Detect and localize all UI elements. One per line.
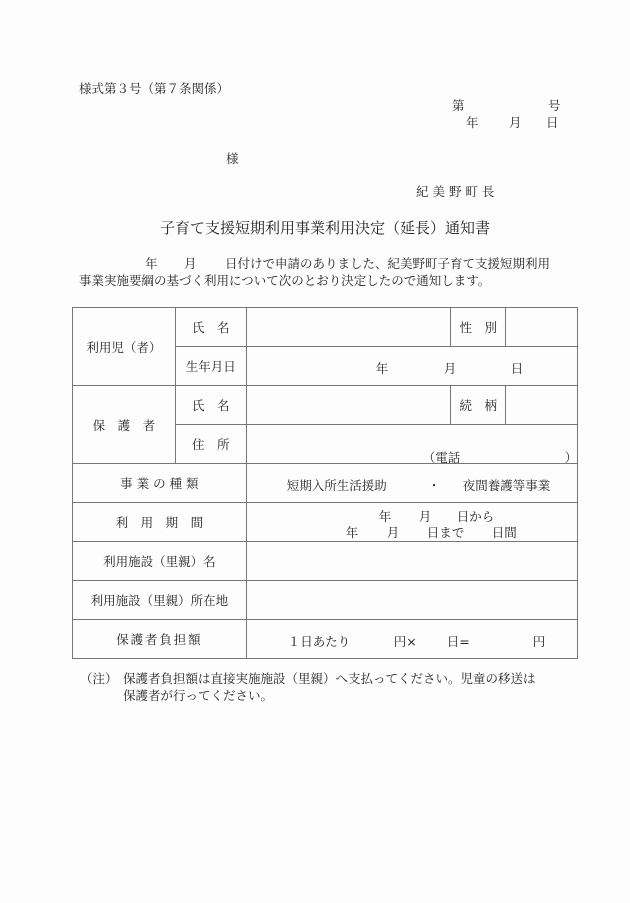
facility-location-label: 利用施設（里親）所在地 bbox=[73, 581, 247, 620]
facility-location-field[interactable] bbox=[246, 581, 577, 620]
guardian-name-label: 氏 名 bbox=[175, 386, 246, 425]
business-type-option-night-care[interactable]: 夜間養護等事業 bbox=[463, 476, 551, 494]
child-sex-label: 性 別 bbox=[451, 308, 506, 347]
period-to-month: 月 bbox=[387, 523, 400, 541]
doc-number-prefix: 第 bbox=[452, 96, 465, 114]
period-label: 利 用 期 間 bbox=[73, 503, 247, 542]
date-month: 月 bbox=[509, 113, 522, 131]
guardian-relation-label: 続 柄 bbox=[451, 386, 506, 425]
form-number: 様式第３号（第７条関係） bbox=[79, 79, 229, 97]
intro-year: 年 bbox=[145, 254, 158, 272]
child-name-field[interactable] bbox=[246, 308, 451, 347]
facility-name-field[interactable] bbox=[246, 542, 577, 581]
note-line2: 保護者が行ってください。 bbox=[123, 686, 273, 704]
child-sex-field[interactable] bbox=[506, 308, 578, 347]
fee-days-equals: 日= bbox=[447, 632, 470, 650]
birth-day: 日 bbox=[511, 359, 524, 377]
facility-name-label: 利用施設（里親）名 bbox=[73, 542, 247, 581]
fee-field[interactable]: １日あたり 円× 日= 円 bbox=[246, 620, 577, 659]
intro-line1: 日付けで申請のありました、紀美野町子育て支援短期利用 bbox=[225, 254, 550, 272]
doc-number-suffix: 号 bbox=[548, 96, 561, 114]
fee-yen-times: 円× bbox=[394, 632, 417, 650]
business-type-option-short-stay[interactable]: 短期入所生活援助 bbox=[287, 476, 387, 494]
note-marker: （注） bbox=[80, 669, 118, 687]
addressee-suffix: 様 bbox=[226, 149, 239, 167]
business-type-field[interactable]: 短期入所生活援助 ・ 夜間養護等事業 bbox=[246, 464, 577, 503]
child-birth-label: 生年月日 bbox=[175, 347, 246, 386]
date-year: 年 bbox=[466, 113, 479, 131]
note-line1: 保護者負担額は直接実施施設（里親）へ支払ってください。児童の移送は bbox=[123, 669, 536, 687]
intro-month: 月 bbox=[184, 254, 197, 272]
business-type-label: 事 業 の 種 類 bbox=[73, 464, 247, 503]
period-field[interactable]: 年 月 日から 年 月 日まで 日間 bbox=[246, 503, 577, 542]
child-section-label: 利用児（者） bbox=[73, 308, 176, 386]
birth-year: 年 bbox=[376, 359, 389, 377]
notification-table: 利用児（者） 氏 名 性 別 生年月日 年 月 日 保 護 者 氏 名 続 柄 … bbox=[72, 307, 578, 659]
fee-per-day: １日あたり bbox=[288, 632, 351, 650]
guardian-address-label: 住 所 bbox=[175, 425, 246, 464]
period-days: 日間 bbox=[492, 523, 517, 541]
date-day: 日 bbox=[546, 113, 559, 131]
period-to-year: 年 bbox=[346, 523, 359, 541]
child-birth-field[interactable]: 年 月 日 bbox=[246, 347, 577, 386]
document-title: 子育て支援短期利用事業利用決定（延長）通知書 bbox=[160, 217, 490, 238]
fee-yen: 円 bbox=[533, 632, 546, 650]
issuer: 紀 美 野 町 長 bbox=[416, 182, 494, 200]
fee-label: 保護者負担額 bbox=[73, 620, 247, 659]
period-to-day: 日まで bbox=[427, 523, 465, 541]
intro-line2: 事業実施要綱の基づく利用について次のとおり決定したので通知します。 bbox=[79, 271, 490, 289]
birth-month: 月 bbox=[444, 359, 457, 377]
guardian-relation-field[interactable] bbox=[506, 386, 578, 425]
guardian-name-field[interactable] bbox=[246, 386, 451, 425]
business-type-separator: ・ bbox=[428, 476, 441, 494]
child-name-label: 氏 名 bbox=[175, 308, 246, 347]
guardian-address-field[interactable]: （電話 ） bbox=[246, 425, 577, 464]
guardian-section-label: 保 護 者 bbox=[73, 386, 176, 464]
